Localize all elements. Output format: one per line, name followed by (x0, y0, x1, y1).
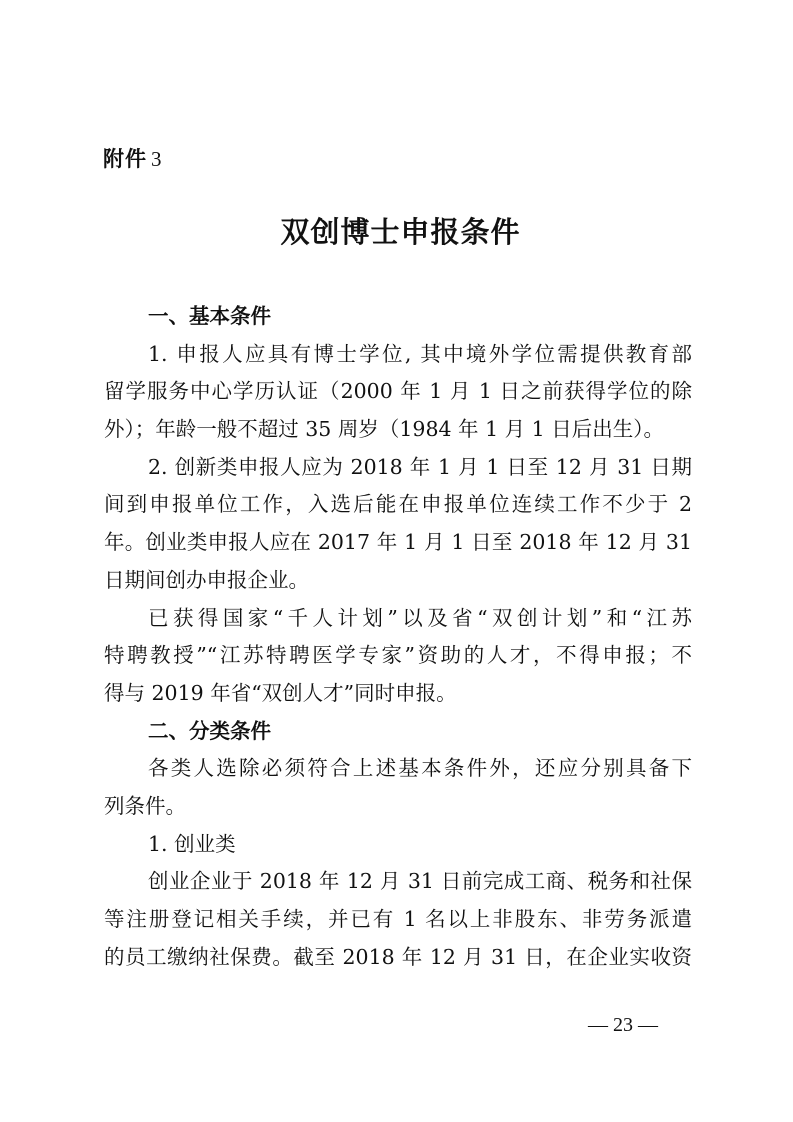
paragraph-line: 间到申报单位工作，入选后能在申报单位连续工作不少于 2 (104, 486, 692, 524)
attachment-label: 附件3 (103, 146, 163, 172)
paragraph-line: 年。创业类申报人应在 2017 年 1 月 1 日至 2018 年 12 月 3… (104, 524, 692, 562)
paragraph-line: 已获得国家“千人计划”以及省“双创计划”和“江苏 (104, 600, 692, 638)
paragraph-line: 创业企业于 2018 年 12 月 31 日前完成工商、税务和社保 (104, 863, 692, 901)
paragraph-line: 等注册登记相关手续，并已有 1 名以上非股东、非劳务派遣 (104, 901, 692, 939)
paragraph-line: 1. 申报人应具有博士学位, 其中境外学位需提供教育部 (104, 336, 692, 374)
subsection-heading-entrepreneurship: 1. 创业类 (104, 826, 692, 864)
attachment-label-text: 附件 (103, 147, 147, 171)
paragraph-line: 列条件。 (104, 788, 692, 826)
document-body: 一、基本条件 1. 申报人应具有博士学位, 其中境外学位需提供教育部 留学服务中… (104, 298, 692, 976)
paragraph-line: 留学服务中心学历认证（2000 年 1 月 1 日之前获得学位的除 (104, 373, 692, 411)
paragraph-line: 外）；年龄一般不超过 35 周岁（1984 年 1 月 1 日后出生）。 (104, 411, 692, 449)
attachment-number: 3 (151, 147, 163, 171)
document-page: 附件3 双创博士申报条件 一、基本条件 1. 申报人应具有博士学位, 其中境外学… (0, 0, 793, 1122)
paragraph-line: 得与 2019 年省“双创人才”同时申报。 (104, 675, 692, 713)
document-title: 双创博士申报条件 (0, 212, 793, 252)
paragraph-line: 特聘教授”“江苏特聘医学专家”资助的人才，不得申报；不 (104, 637, 692, 675)
paragraph-line: 各类人选除必须符合上述基本条件外，还应分别具备下 (104, 750, 692, 788)
section-heading-category: 二、分类条件 (104, 713, 692, 751)
page-number: — 23 — (588, 1013, 658, 1037)
paragraph-line: 的员工缴纳社保费。截至 2018 年 12 月 31 日，在企业实收资 (104, 939, 692, 977)
section-heading-basic: 一、基本条件 (104, 298, 692, 336)
paragraph-line: 日期间创办申报企业。 (104, 562, 692, 600)
paragraph-line: 2. 创新类申报人应为 2018 年 1 月 1 日至 12 月 31 日期 (104, 449, 692, 487)
